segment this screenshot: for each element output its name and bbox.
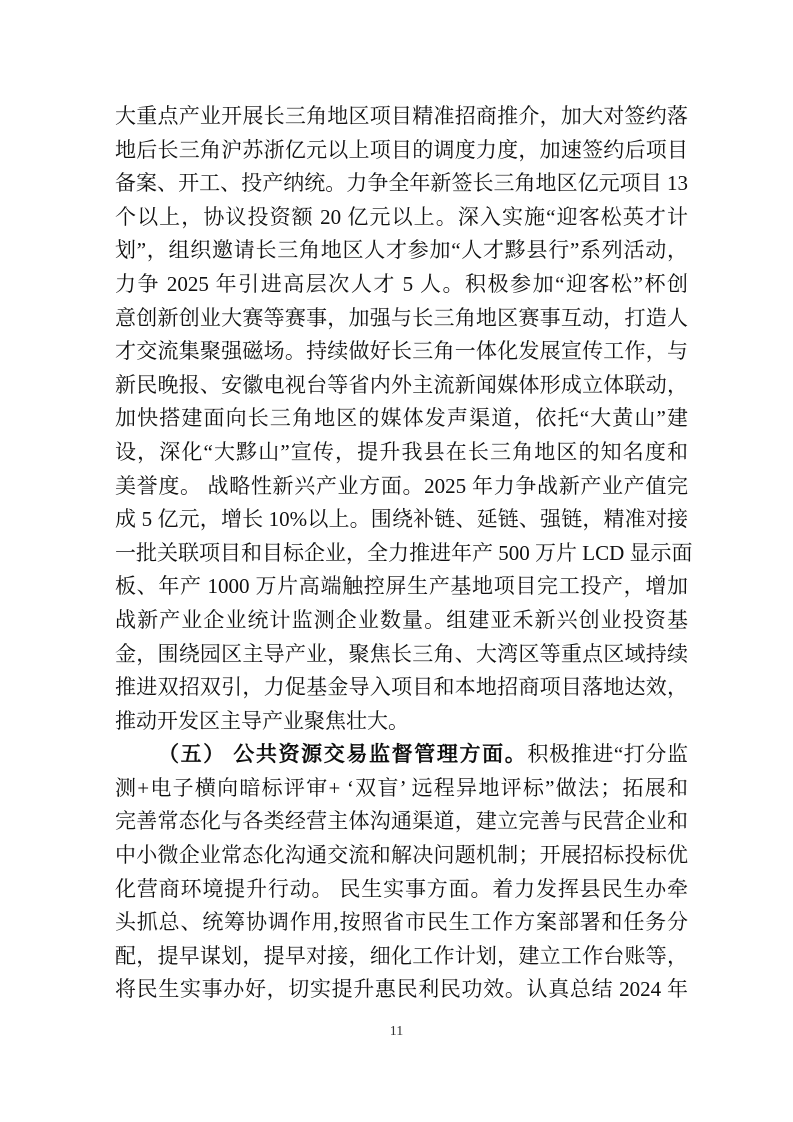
text-line: 成 5 亿元，增长 10%以上。围绕补链、延链、强链，精准对接 [115, 503, 688, 537]
text-line: 才交流集聚强磁场。持续做好长三角一体化发展宣传工作，与 [115, 335, 688, 369]
section-heading-line: （五） 公共资源交易监督管理方面。积极推进“打分监 [115, 738, 688, 772]
text-line: 将民生实事办好，切实提升惠民利民功效。认真总结 2024 年 [115, 973, 688, 1007]
page-number: 11 [0, 1024, 793, 1040]
text-line: 设，深化“大黟山”宣传，提升我县在长三角地区的知名度和 [115, 436, 688, 470]
text-line: 中小微企业常态化沟通交流和解决问题机制；开展招标投标优 [115, 839, 688, 873]
text-line: 化营商环境提升行动。 民生实事方面。着力发挥县民生办牵 [115, 873, 688, 907]
text-line: 个以上，协议投资额 20 亿元以上。深入实施“迎客松英才计 [115, 201, 688, 235]
document-body: 大重点产业开展长三角地区项目精准招商推介，加大对签约落 地后长三角沪苏浙亿元以上… [115, 100, 688, 1007]
text-line: 地后长三角沪苏浙亿元以上项目的调度力度，加速签约后项目 [115, 134, 688, 168]
text-line: 加快搭建面向长三角地区的媒体发声渠道，依托“大黄山”建 [115, 402, 688, 436]
text-line: 意创新创业大赛等赛事，加强与长三角地区赛事互动，打造人 [115, 302, 688, 336]
text-line: 新民晚报、安徽电视台等省内外主流新闻媒体形成立体联动， [115, 369, 688, 403]
text-line: 头抓总、统筹协调作用,按照省市民生工作方案部署和任务分 [115, 906, 688, 940]
text-line: 金，围绕园区主导产业，聚焦长三角、大湾区等重点区域持续 [115, 638, 688, 672]
text-line: 一批关联项目和目标企业，全力推进年产 500 万片 LCD 显示面 [115, 537, 688, 571]
text-line: 推进双招双引，力促基金导入项目和本地招商项目落地达效， [115, 671, 688, 705]
document-page: 大重点产业开展长三角地区项目精准招商推介，加大对签约落 地后长三角沪苏浙亿元以上… [0, 0, 793, 1122]
text-line: 力争 2025 年引进高层次人才 5 人。积极参加“迎客松”杯创 [115, 268, 688, 302]
text-line: 大重点产业开展长三角地区项目精准招商推介，加大对签约落 [115, 100, 688, 134]
text-line: 测+电子横向暗标评审+ ‘双盲’ 远程异地评标”做法；拓展和 [115, 772, 688, 806]
section-heading: （五） 公共资源交易监督管理方面。 [158, 743, 527, 766]
text-line: 划”，组织邀请长三角地区人才参加“人才黟县行”系列活动， [115, 234, 688, 268]
text-line: 板、年产 1000 万片高端触控屏生产基地项目完工投产，增加 [115, 570, 688, 604]
text-line: 备案、开工、投产纳统。力争全年新签长三角地区亿元项目 13 [115, 167, 688, 201]
section-heading-rest: 积极推进“打分监 [527, 742, 688, 766]
text-line: 完善常态化与各类经营主体沟通渠道，建立完善与民营企业和 [115, 805, 688, 839]
paragraph-last-line: 推动开发区主导产业聚焦壮大。 [115, 705, 688, 739]
text-line: 美誉度。 战略性新兴产业方面。2025 年力争战新产业产值完 [115, 470, 688, 504]
text-line: 配，提早谋划，提早对接，细化工作计划，建立工作台账等， [115, 940, 688, 974]
text-line: 战新产业企业统计监测企业数量。组建亚禾新兴创业投资基 [115, 604, 688, 638]
